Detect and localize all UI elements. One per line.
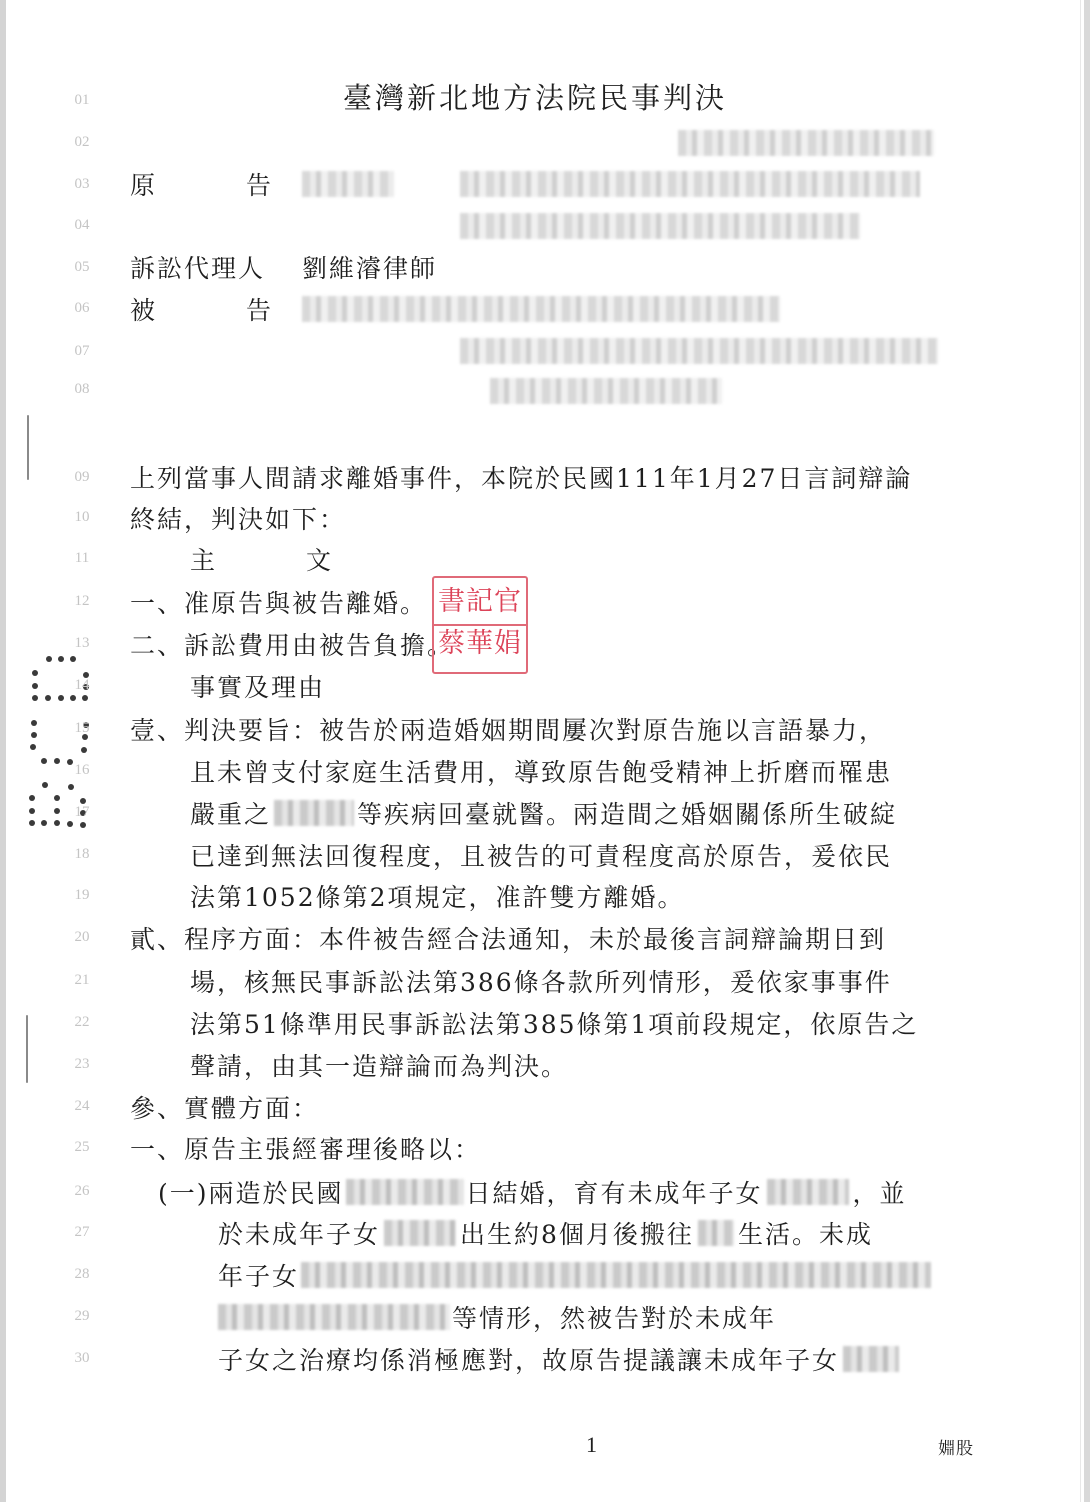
text-fragment: 生活。未成 xyxy=(738,1215,873,1251)
binder-mark xyxy=(27,415,29,480)
line-number: 13 xyxy=(62,635,102,652)
section1-line-5: 法第1052條第2項規定，准許雙方離婚。 xyxy=(190,875,685,917)
child-name-redacted xyxy=(384,1220,456,1246)
section1-line-1: 壹、判決要旨：被告於兩造婚姻期間屢次對原告施以言語暴力， xyxy=(130,708,886,750)
location-redacted xyxy=(698,1220,734,1246)
defendant-label-1: 被 xyxy=(130,288,157,330)
line-number: 20 xyxy=(62,929,102,946)
text-fragment: 子女之治療均係消極應對，故原告提議讓未成年子女 xyxy=(218,1341,839,1377)
defendant-label-2: 告 xyxy=(246,288,273,330)
clerk-seal-stamp: 書記官 蔡華娟 xyxy=(432,576,528,674)
condition-redacted-2 xyxy=(218,1304,450,1330)
line-number: 21 xyxy=(62,972,102,989)
seal-name: 蔡華娟 xyxy=(436,630,524,657)
line-number: 15 xyxy=(62,720,102,737)
section3-para-line-5: 子女之治療均係消極應對，故原告提議讓未成年子女 xyxy=(218,1338,899,1380)
line-number: 24 xyxy=(62,1098,102,1115)
page-number: 1 xyxy=(586,1432,597,1458)
section3-para-line-2: 於未成年子女 出生約8個月後搬往 生活。未成 xyxy=(218,1212,873,1254)
section3-para-line-4: 等情形，然被告對於未成年 xyxy=(218,1296,776,1338)
line-number: 08 xyxy=(62,381,102,398)
line-number: 22 xyxy=(62,1014,102,1031)
text-fragment: 日結婚，育有未成年子女 xyxy=(466,1174,763,1210)
text-fragment: (一)兩造於民國 xyxy=(158,1174,344,1210)
line-number: 11 xyxy=(62,550,102,567)
line-number: 27 xyxy=(62,1224,102,1241)
line-number: 26 xyxy=(62,1183,102,1200)
child-name-redacted xyxy=(767,1179,849,1205)
scan-edge-right xyxy=(1084,0,1090,1502)
binder-mark xyxy=(26,1015,28,1083)
line-number: 05 xyxy=(62,259,102,276)
section3-para-line-3: 年子女 xyxy=(218,1254,931,1296)
document-title: 臺灣新北地方法院民事判決 xyxy=(0,76,1070,117)
diagnosis-redacted xyxy=(274,800,354,826)
line-number: 18 xyxy=(62,846,102,863)
child-name-redacted xyxy=(843,1346,899,1372)
text-fragment: 年子女 xyxy=(218,1257,299,1293)
agent-name: 劉維濬律師 xyxy=(302,246,437,288)
main-text-heading-2: 文 xyxy=(306,538,333,580)
line-number: 04 xyxy=(62,217,102,234)
line-number: 28 xyxy=(62,1266,102,1283)
main-text-item-1: 一、准原告與被告離婚。 xyxy=(130,581,427,623)
plaintiff-address-redacted xyxy=(460,163,920,205)
line-number: 10 xyxy=(62,509,102,526)
plaintiff-name-redacted xyxy=(302,163,394,205)
section1-line-2: 且未曾支付家庭生活費用，導致原告飽受精神上折磨而罹患 xyxy=(190,750,892,792)
main-text-item-2: 二、訴訟費用由被告負擔。 xyxy=(130,623,454,665)
marriage-date-redacted xyxy=(346,1179,464,1205)
scan-edge-left xyxy=(0,0,6,1502)
text-fragment: 等情形，然被告對於未成年 xyxy=(452,1299,776,1335)
section2-line-2: 場，核無民事訴訟法第386條各款所列情形，爰依家事事件 xyxy=(190,960,892,1002)
line-number: 25 xyxy=(62,1139,102,1156)
line-number: 09 xyxy=(62,469,102,486)
section2-line-3: 法第51條準用民事訴訟法第385條第1項前段規定，依原告之 xyxy=(190,1002,918,1044)
section3-heading: 參、實體方面： xyxy=(130,1086,319,1128)
plaintiff-address-redacted-2 xyxy=(460,205,860,247)
line-number: 30 xyxy=(62,1350,102,1367)
section1-line-3-b: 等疾病回臺就醫。兩造間之婚姻關係所生破綻 xyxy=(357,795,897,831)
line-number: 02 xyxy=(62,134,102,151)
seal-divider xyxy=(434,624,526,626)
line-number: 07 xyxy=(62,343,102,360)
line-number: 12 xyxy=(62,593,102,610)
text-fragment: ，並 xyxy=(853,1174,907,1210)
line-number: 16 xyxy=(62,762,102,779)
facts-heading: 事實及理由 xyxy=(190,665,325,707)
scan-edge-right-line xyxy=(1080,0,1081,1502)
line-number: 17 xyxy=(62,804,102,821)
section1-line-3: 嚴重之 等疾病回臺就醫。兩造間之婚姻關係所生破綻 xyxy=(190,792,897,834)
seal-title: 書記官 xyxy=(436,588,524,615)
plaintiff-label-2: 告 xyxy=(246,163,273,205)
line-number: 23 xyxy=(62,1056,102,1073)
section1-line-3-a: 嚴重之 xyxy=(190,795,271,831)
defendant-name-redacted xyxy=(302,288,780,330)
text-fragment: 於未成年子女 xyxy=(218,1215,380,1251)
plaintiff-label-1: 原 xyxy=(130,163,157,205)
department-label: 婣股 xyxy=(938,1434,974,1459)
line-number: 19 xyxy=(62,887,102,904)
line-number: 06 xyxy=(62,300,102,317)
line-number: 14 xyxy=(62,677,102,694)
text-fragment: 出生約8個月後搬往 xyxy=(460,1215,694,1251)
section2-line-4: 聲請，由其一造辯論而為判決。 xyxy=(190,1044,568,1086)
section3-sub-1: 一、原告主張經審理後略以： xyxy=(130,1127,481,1169)
intro-line-2: 終結，判決如下： xyxy=(130,497,346,539)
main-text-heading-1: 主 xyxy=(190,538,217,580)
line-number: 29 xyxy=(62,1308,102,1325)
line-number: 03 xyxy=(62,176,102,193)
section1-line-4: 已達到無法回復程度，且被告的可責程度高於原告，爰依民 xyxy=(190,834,892,876)
intro-line-1: 上列當事人間請求離婚事件，本院於民國111年1月27日言詞辯論 xyxy=(130,456,912,498)
defendant-address-redacted xyxy=(460,330,938,372)
case-number-redacted xyxy=(678,122,934,164)
agent-label: 訴訟代理人 xyxy=(130,246,265,288)
section3-para-line-1: (一)兩造於民國 日結婚，育有未成年子女 ，並 xyxy=(158,1171,907,1213)
defendant-address-redacted-2 xyxy=(490,370,722,412)
section2-line-1: 貳、程序方面：本件被告經合法通知，未於最後言詞辯論期日到 xyxy=(130,917,886,959)
condition-redacted xyxy=(301,1262,931,1288)
